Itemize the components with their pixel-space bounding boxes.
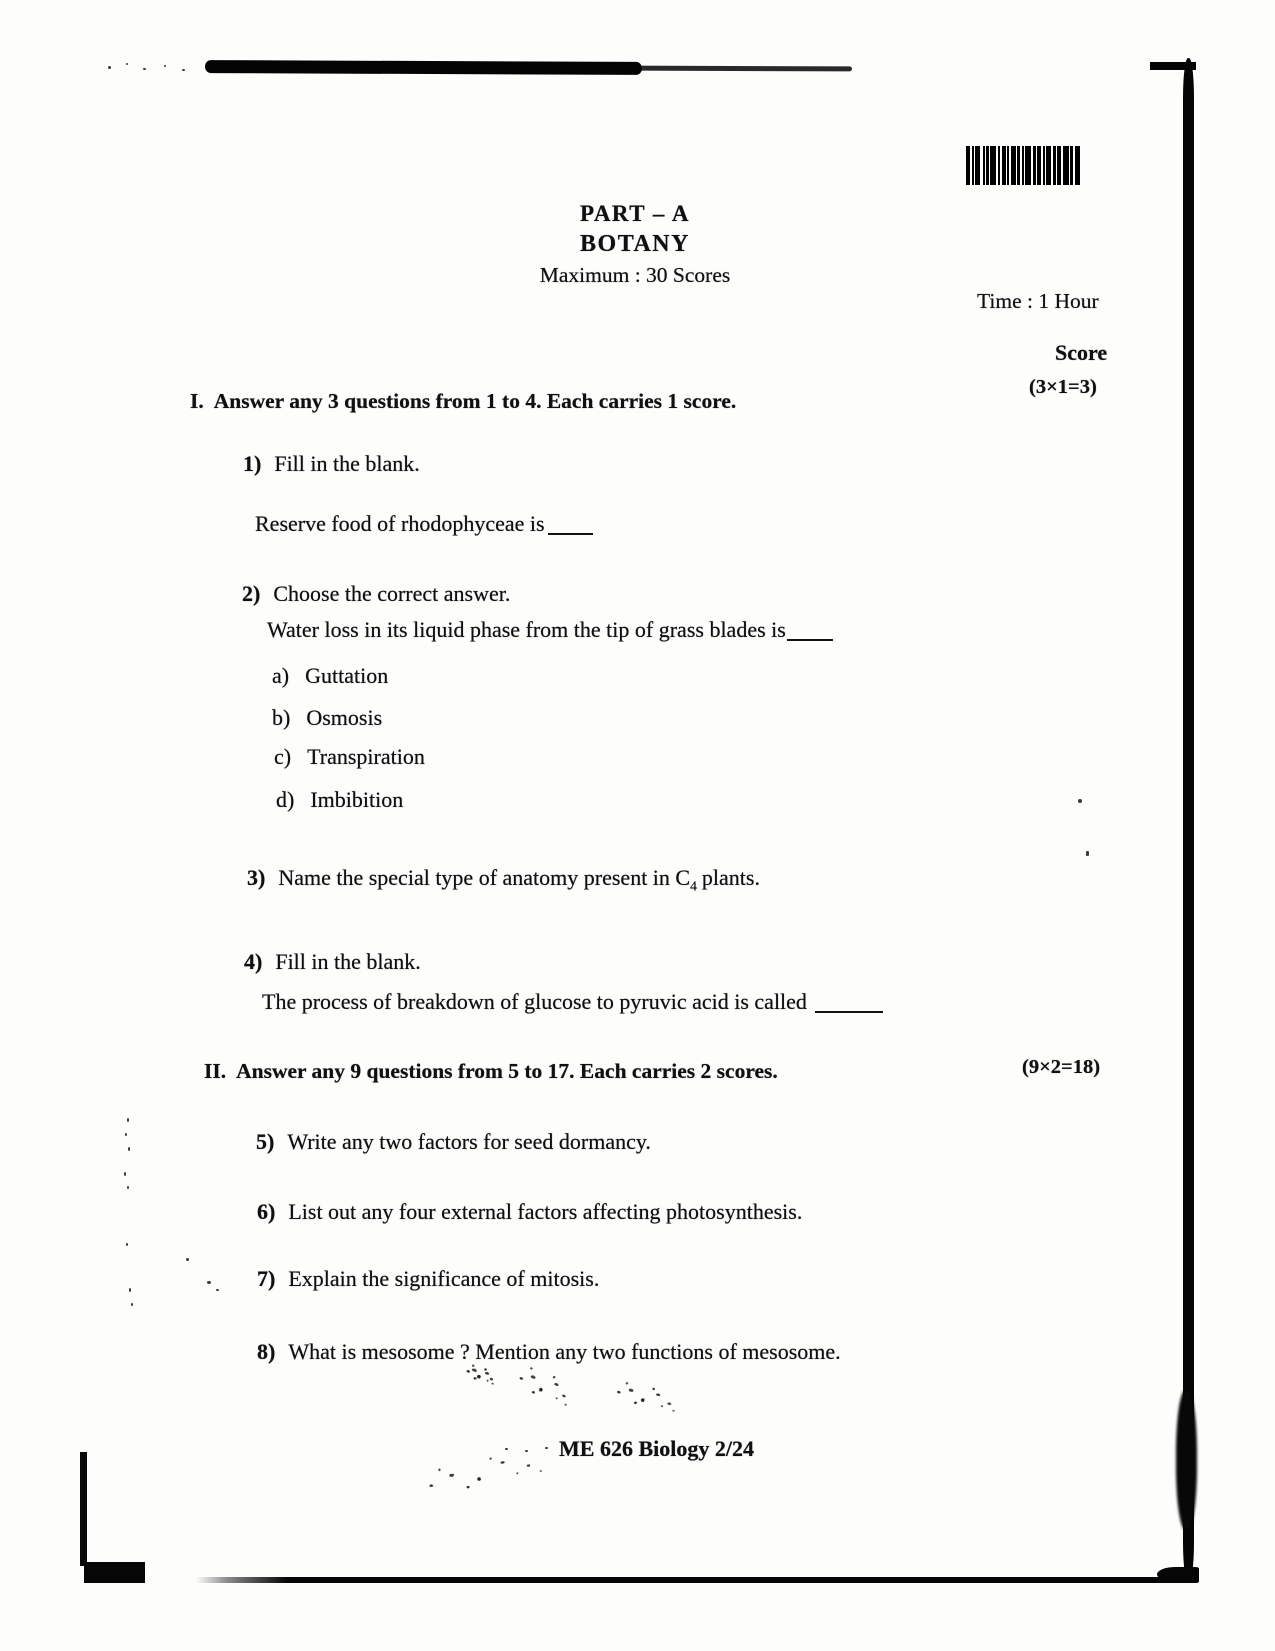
scan-artifact-bottom-right-corner [1157, 1567, 1199, 1583]
section1-heading-text: Answer any 3 questions from 1 to 4. Each… [214, 389, 737, 413]
question-3: 3)Name the special type of anatomy prese… [247, 865, 760, 890]
section2-number: II. [204, 1059, 226, 1083]
scan-speck [129, 1288, 131, 1292]
option-c: c)Transpiration [274, 744, 425, 769]
scanned-document: PART – A BOTANY Maximum : 30 Scores Time… [0, 0, 1275, 1651]
scan-artifact-top-bar-tail [618, 66, 852, 72]
time-allowed: Time : 1 Hour [977, 289, 1099, 314]
option-a-text: Guttation [305, 663, 388, 688]
scan-speck [124, 1172, 126, 1176]
scan-artifact-bottom-left-block [84, 1562, 145, 1583]
answer-blank [815, 1009, 883, 1013]
question-4-sub: The process of breakdown of glucose to p… [262, 989, 883, 1014]
part-title: PART – A [445, 201, 825, 227]
question-1-number: 1) [243, 451, 261, 476]
scan-artifact-left-border [80, 1452, 87, 1566]
question-2-number: 2) [242, 581, 260, 606]
question-1-sub-text: Reserve food of rhodophyceae is [255, 511, 545, 536]
question-6-number: 6) [257, 1199, 275, 1224]
section1-score-note: (3×1=3) [1029, 376, 1097, 400]
scan-speck [207, 1281, 211, 1284]
question-3-subscript: 4 [690, 878, 697, 893]
question-1-sub: Reserve food of rhodophyceae is [255, 511, 593, 536]
option-b-text: Osmosis [306, 705, 382, 730]
question-2-sub: Water loss in its liquid phase from the … [267, 617, 833, 642]
option-c-label: c) [274, 744, 291, 769]
question-3-number: 3) [247, 865, 265, 890]
question-8: 8)What is mesosome ? Mention any two fun… [257, 1339, 841, 1364]
question-5-number: 5) [256, 1129, 274, 1154]
option-a: a)Guttation [272, 663, 388, 688]
score-label: Score [1055, 340, 1107, 365]
question-5: 5)Write any two factors for seed dormanc… [256, 1129, 651, 1154]
question-2-text: Choose the correct answer. [273, 581, 510, 606]
option-a-label: a) [272, 663, 289, 688]
scan-artifact-top-bar [205, 60, 642, 75]
question-6-text: List out any four external factors affec… [288, 1199, 802, 1224]
pencil-smudge [608, 1376, 684, 1417]
scan-speck [128, 1147, 130, 1151]
option-b-label: b) [272, 705, 290, 730]
subject-title: BOTANY [445, 231, 825, 259]
scan-speck [1086, 851, 1089, 856]
scan-speck [186, 1258, 189, 1261]
question-7-number: 7) [257, 1266, 275, 1291]
question-4-sub-text: The process of breakdown of glucose to p… [262, 989, 807, 1014]
question-3-text: Name the special type of anatomy present… [278, 865, 690, 890]
scan-artifact-top-right-bracket [1150, 62, 1196, 70]
option-d-text: Imbibition [310, 787, 403, 812]
question-4: 4)Fill in the blank. [244, 949, 421, 974]
scan-speck [131, 1303, 133, 1306]
scan-speck [182, 69, 185, 71]
question-4-text: Fill in the blank. [275, 949, 420, 974]
question-8-text: What is mesosome ? Mention any two funct… [288, 1339, 840, 1364]
section1-number: I. [190, 389, 204, 413]
scan-artifact-right-border [1183, 58, 1194, 1582]
question-3-text-end: plants. [702, 865, 760, 890]
pencil-smudge [510, 1358, 581, 1411]
pencil-smudge [462, 1361, 499, 1388]
answer-blank [548, 531, 593, 535]
section2-score-note: (9×2=18) [1022, 1056, 1100, 1080]
scan-speck [108, 66, 111, 69]
exam-paper-page: { "header": { "part_title": "PART – A", … [0, 0, 1275, 1651]
question-5-text: Write any two factors for seed dormancy. [287, 1129, 651, 1154]
scan-speck [127, 1118, 129, 1122]
pencil-smudge [411, 1443, 553, 1501]
scan-speck [125, 1133, 127, 1136]
scan-artifact-right-blob [1176, 1390, 1197, 1530]
question-8-number: 8) [257, 1339, 275, 1364]
question-7-text: Explain the significance of mitosis. [288, 1266, 599, 1291]
section1-heading: I.Answer any 3 questions from 1 to 4. Ea… [190, 389, 736, 414]
option-b: b)Osmosis [272, 705, 382, 730]
option-c-text: Transpiration [307, 744, 425, 769]
option-d-label: d) [276, 787, 294, 812]
question-2: 2)Choose the correct answer. [242, 581, 510, 606]
scan-speck [1078, 799, 1082, 803]
question-2-sub-text: Water loss in its liquid phase from the … [267, 617, 786, 642]
barcode [966, 146, 1112, 185]
scan-speck [126, 1243, 128, 1246]
question-1: 1)Fill in the blank. [243, 451, 420, 476]
footer-paper-code: ME 626 Biology 2/24 [559, 1436, 754, 1461]
scan-speck [216, 1289, 219, 1291]
scan-artifact-bottom-line [196, 1577, 1195, 1583]
scan-speck [127, 1186, 129, 1189]
question-4-number: 4) [244, 949, 262, 974]
section2-heading: II.Answer any 9 questions from 5 to 17. … [204, 1059, 778, 1084]
scan-speck [126, 63, 128, 65]
scan-speck [164, 65, 166, 67]
max-scores: Maximum : 30 Scores [445, 263, 825, 288]
question-7: 7)Explain the significance of mitosis. [257, 1266, 599, 1291]
answer-blank [787, 637, 833, 641]
section2-heading-text: Answer any 9 questions from 5 to 17. Eac… [236, 1059, 778, 1083]
question-6: 6)List out any four external factors aff… [257, 1199, 802, 1224]
question-1-text: Fill in the blank. [274, 451, 419, 476]
option-d: d)Imbibition [276, 787, 403, 812]
scan-speck [143, 68, 146, 70]
